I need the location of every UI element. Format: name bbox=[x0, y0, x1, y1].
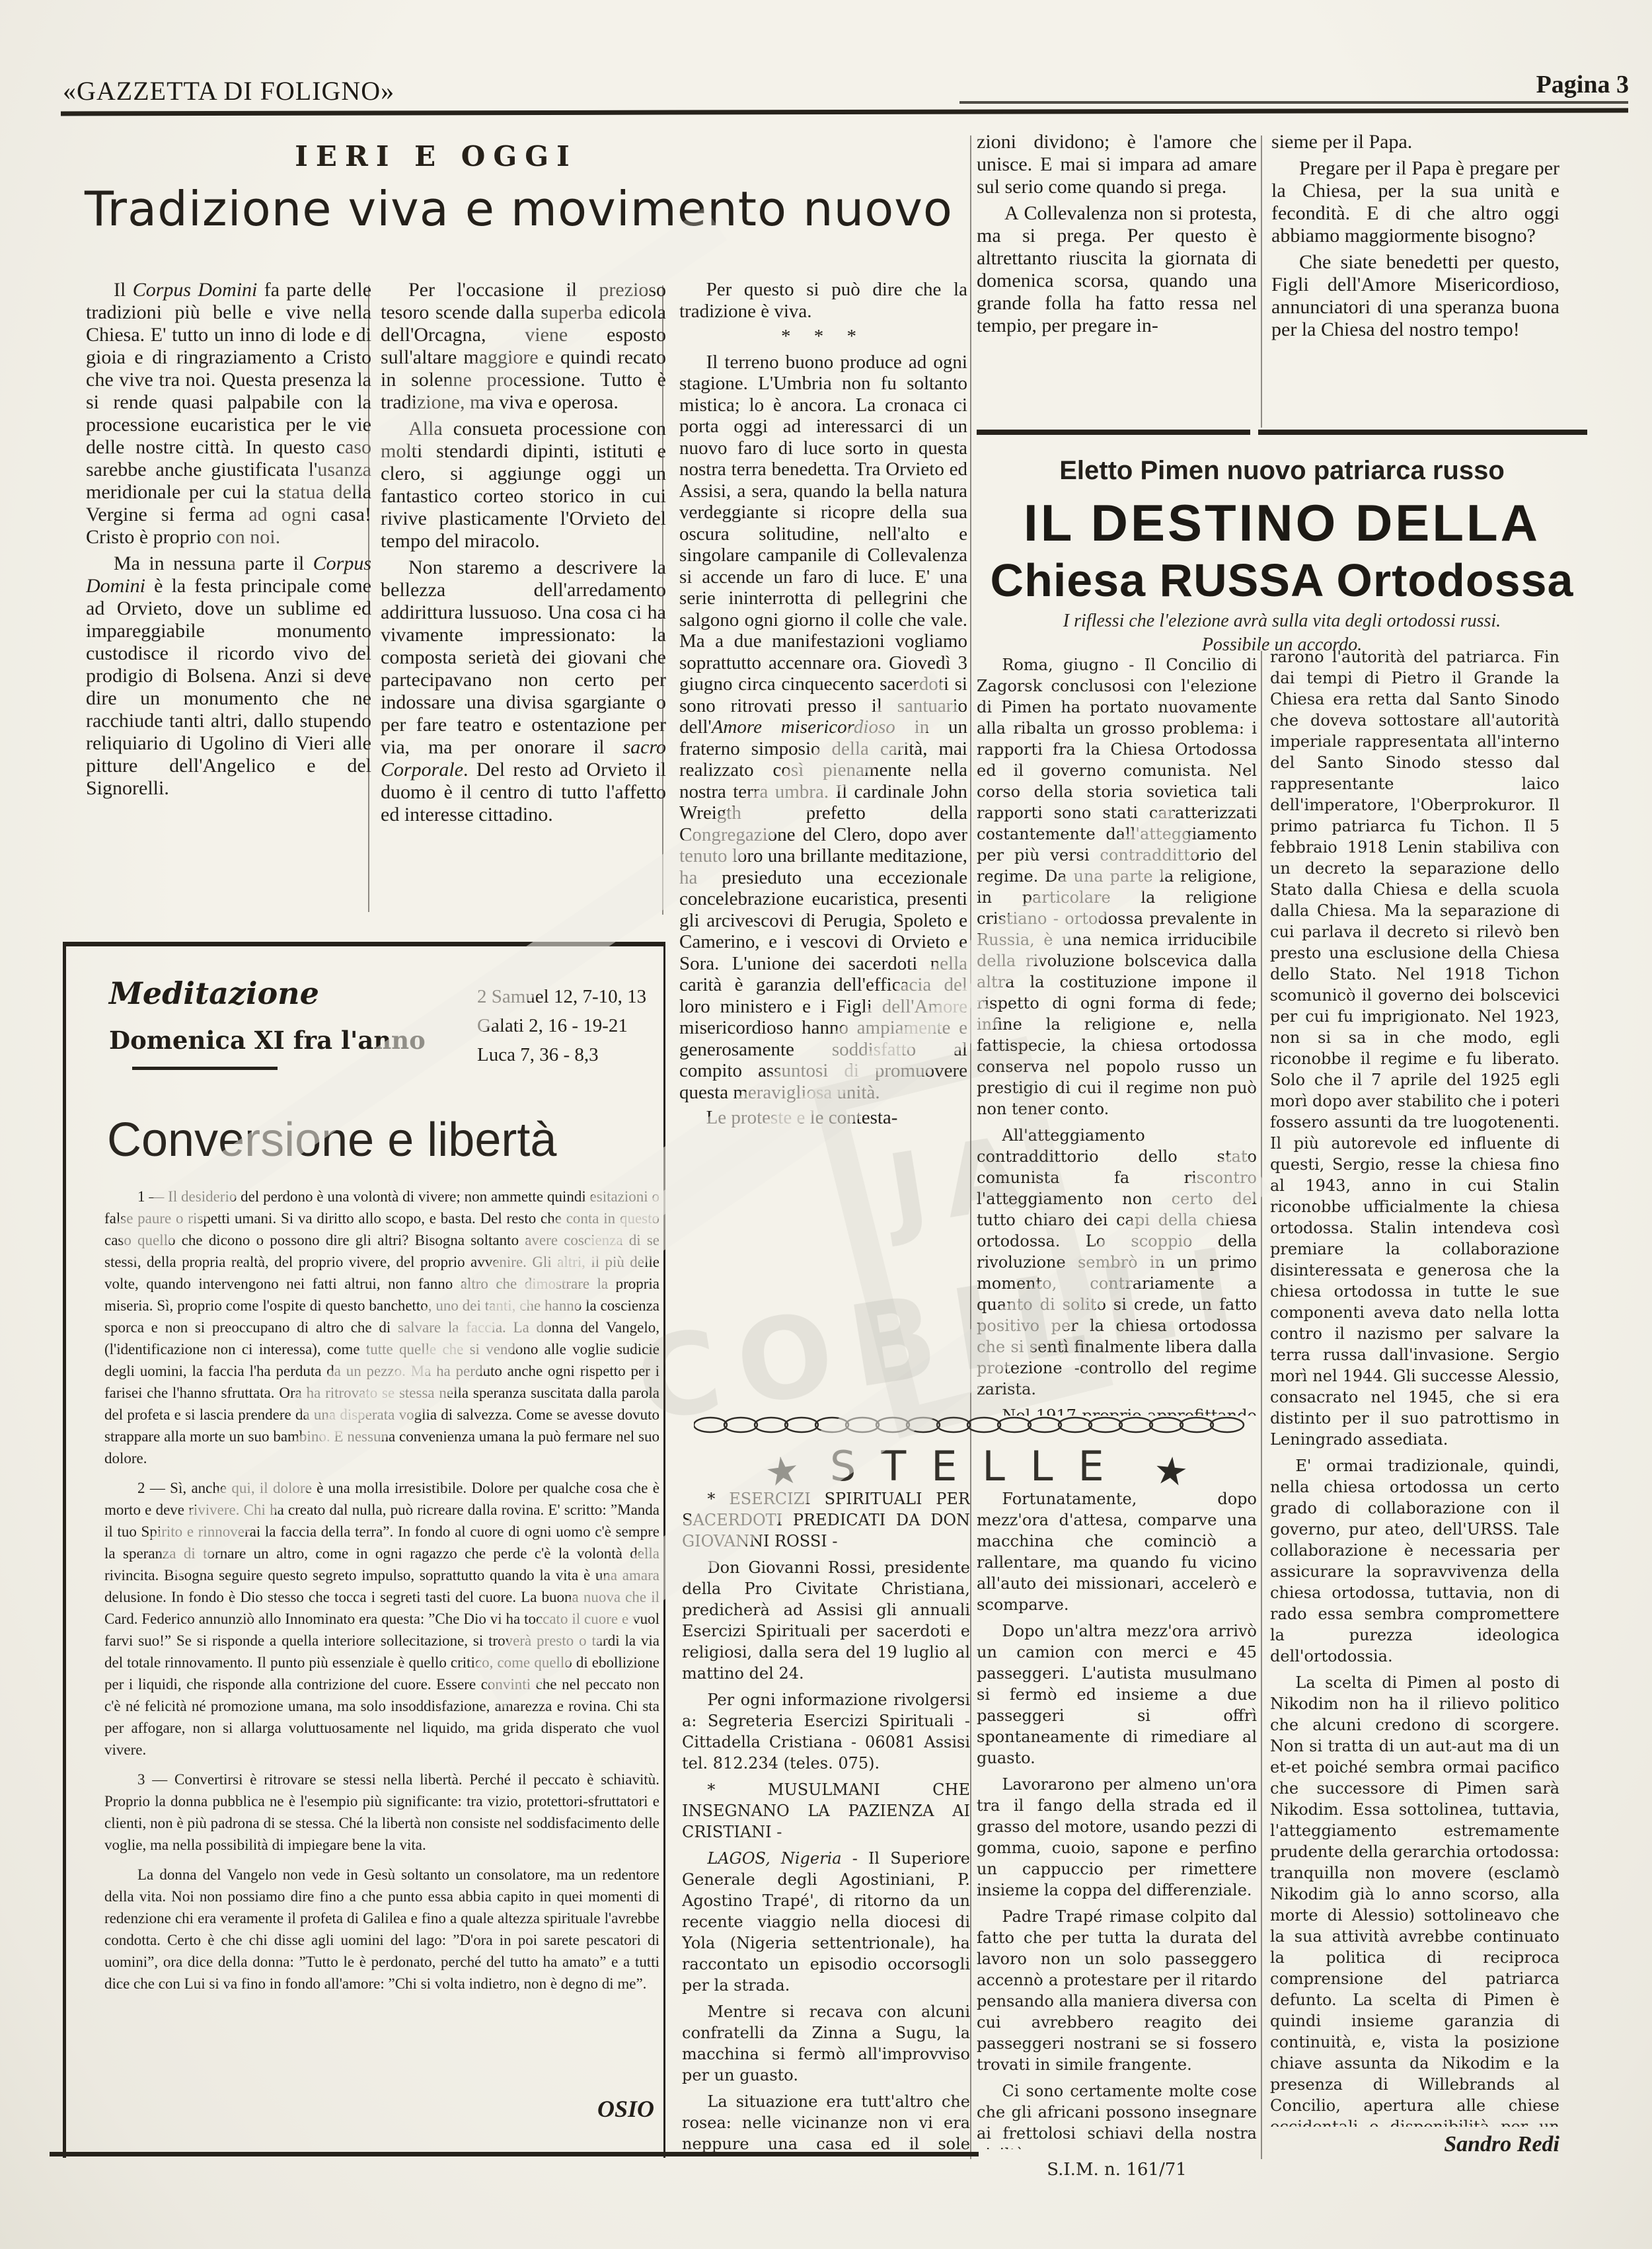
meditazione-sunday: Domenica XI fra l'anno bbox=[109, 1026, 426, 1055]
paragraph: 2 — Sì, anche qui, il dolore è una molla… bbox=[104, 1477, 659, 1761]
newspaper-page: «GAZZETTA DI FOLIGNO» Pagina 3 IERI E OG… bbox=[0, 0, 1652, 2249]
stelle-sim-number: S.I.M. n. 161/71 bbox=[977, 2160, 1257, 2180]
meditazione-headline: Conversione e libertà bbox=[107, 1113, 665, 1167]
paragraph: A Collevalenza non si protesta, ma si pr… bbox=[977, 202, 1257, 337]
paragraph: La situazione era tutt'altro che rosea: … bbox=[682, 2091, 970, 2154]
header-rule-right bbox=[959, 101, 1628, 104]
column-rule-1 bbox=[368, 286, 369, 912]
tradizione-headline: Tradizione viva e movimento nuovo bbox=[85, 181, 970, 237]
paragraph: 2 Samuel 12, 7-10, 13 bbox=[477, 982, 669, 1011]
pimen-column-2: rarono l'autorità del patriarca. Fin dai… bbox=[1270, 646, 1559, 2127]
paragraph: Fortunatamente, dopo mezz'ora d'attesa, … bbox=[977, 1488, 1257, 1615]
tradizione-column-2: Per l'occasione il prezioso tesoro scend… bbox=[381, 279, 666, 923]
paragraph: rarono l'autorità del patriarca. Fin dai… bbox=[1270, 646, 1559, 1450]
pimen-kicker: Eletto Pimen nuovo patriarca russo bbox=[978, 456, 1586, 486]
paragraph: sieme per il Papa. bbox=[1271, 131, 1559, 153]
column-rule-2 bbox=[662, 286, 663, 915]
paragraph: Ci sono certamente molte cose che gli af… bbox=[977, 2080, 1257, 2149]
paragraph: E' ormai tradizionale, quindi, nella chi… bbox=[1270, 1455, 1559, 1667]
paragraph: Per ogni informazione rivolgersi a: Segr… bbox=[682, 1689, 970, 1774]
paragraph: La donna del Vangelo non vede in Gesù so… bbox=[104, 1864, 659, 1995]
paragraph: Mentre si recava con alcuni confratelli … bbox=[682, 2001, 970, 2086]
paragraph: zioni dividono; è l'amore che unisce. E … bbox=[977, 131, 1257, 198]
paragraph: La scelta di Pimen al posto di Nikodim n… bbox=[1270, 1672, 1559, 2127]
column-rule-3 bbox=[970, 135, 971, 2159]
paragraph: Galati 2, 16 - 19-21 bbox=[477, 1011, 669, 1040]
paragraph: Per l'occasione il prezioso tesoro scend… bbox=[381, 279, 666, 414]
paragraph: * * * bbox=[679, 326, 967, 348]
paragraph: Per questo si può dire che la tradizione… bbox=[679, 279, 967, 322]
tradizione-column-1: Il Corpus Domini fa parte delle tradizio… bbox=[86, 279, 371, 923]
stelle-column-1: * ESERCIZI SPIRITUALI PER SACERDOTI PRED… bbox=[682, 1488, 970, 2154]
paragraph: 1 — Il desiderio del perdono è una volon… bbox=[104, 1186, 659, 1469]
page-number: Pagina 3 bbox=[1388, 70, 1629, 99]
paragraph: * MUSULMANI CHE INSEGNANO LA PAZIENZA AI… bbox=[682, 1779, 970, 1843]
paragraph: Don Giovanni Rossi, presidente della Pro… bbox=[682, 1557, 970, 1684]
column-rule-5 bbox=[1261, 651, 1262, 2159]
meditazione-readings: 2 Samuel 12, 7-10, 13Galati 2, 16 - 19-2… bbox=[477, 982, 669, 1069]
paragraph: Non staremo a descrivere la bellezza del… bbox=[381, 556, 666, 826]
pimen-rule-left bbox=[977, 430, 1250, 435]
paragraph: Lavorarono per almeno un'ora tra il fang… bbox=[977, 1774, 1257, 1901]
chain-divider bbox=[694, 1414, 1249, 1439]
pimen-column-1: Roma, giugno - Il Concilio di Zagorsk co… bbox=[977, 654, 1257, 1416]
paragraph: 3 — Convertirsi è ritrovare se stessi ne… bbox=[104, 1769, 659, 1856]
paragraph: Che siate benedetti per questo, Figli de… bbox=[1271, 251, 1559, 341]
paragraph: * ESERCIZI SPIRITUALI PER SACERDOTI PRED… bbox=[682, 1488, 970, 1552]
masthead: «GAZZETTA DI FOLIGNO» bbox=[63, 75, 394, 106]
meditazione-small-rule bbox=[132, 1067, 278, 1070]
tradizione-column-4: zioni dividono; è l'amore che unisce. E … bbox=[977, 131, 1257, 430]
paragraph: Roma, giugno - Il Concilio di Zagorsk co… bbox=[977, 654, 1257, 1120]
pimen-rule-right bbox=[1258, 430, 1587, 435]
paragraph: Ma in nessuna parte il Corpus Domini è l… bbox=[86, 553, 371, 800]
paragraph: Pregare per il Papa è pregare per la Chi… bbox=[1271, 157, 1559, 247]
paragraph: Dopo un'altra mezz'ora arrivò un camion … bbox=[977, 1620, 1257, 1769]
paragraph: Padre Trapé rimase colpito dal fatto che… bbox=[977, 1906, 1257, 2075]
pimen-subtitle-line1: I riflessi che l'elezione avrà sulla vit… bbox=[978, 611, 1586, 632]
pimen-headline-line1: IL DESTINO DELLA bbox=[978, 493, 1586, 553]
pimen-headline-line2: Chiesa RUSSA Ortodossa bbox=[978, 554, 1586, 607]
paragraph: Il terreno buono produce ad ogni stagion… bbox=[679, 352, 967, 1104]
tradizione-column-5: sieme per il Papa.Pregare per il Papa è … bbox=[1271, 131, 1559, 432]
meditazione-label: Meditazione bbox=[109, 975, 319, 1011]
pimen-signature: Sandro Redi bbox=[1335, 2132, 1559, 2157]
paragraph: All'atteggiamento contraddittorio dello … bbox=[977, 1125, 1257, 1400]
meditazione-body: 1 — Il desiderio del perdono è una volon… bbox=[104, 1186, 659, 2086]
paragraph: Il Corpus Domini fa parte delle tradizio… bbox=[86, 279, 371, 549]
box-bottom-rule bbox=[50, 2152, 979, 2156]
header-rule bbox=[61, 108, 1628, 116]
paragraph: Luca 7, 36 - 8,3 bbox=[477, 1040, 669, 1069]
meditazione-signature: OSIO bbox=[489, 2095, 654, 2123]
stelle-column-2: Fortunatamente, dopo mezz'ora d'attesa, … bbox=[977, 1488, 1257, 2149]
tradizione-kicker: IERI E OGGI bbox=[238, 140, 634, 172]
column-rule-4 bbox=[1261, 135, 1262, 428]
paragraph: Le proteste e le contesta- bbox=[679, 1107, 967, 1129]
tradizione-column-3: Per questo si può dire che la tradizione… bbox=[679, 279, 967, 1406]
paragraph: Alla consueta processione con molti sten… bbox=[381, 418, 666, 553]
paragraph: LAGOS, Nigeria - Il Superiore Generale d… bbox=[682, 1848, 970, 1996]
stelle-title: STELLE bbox=[830, 1442, 1129, 1490]
